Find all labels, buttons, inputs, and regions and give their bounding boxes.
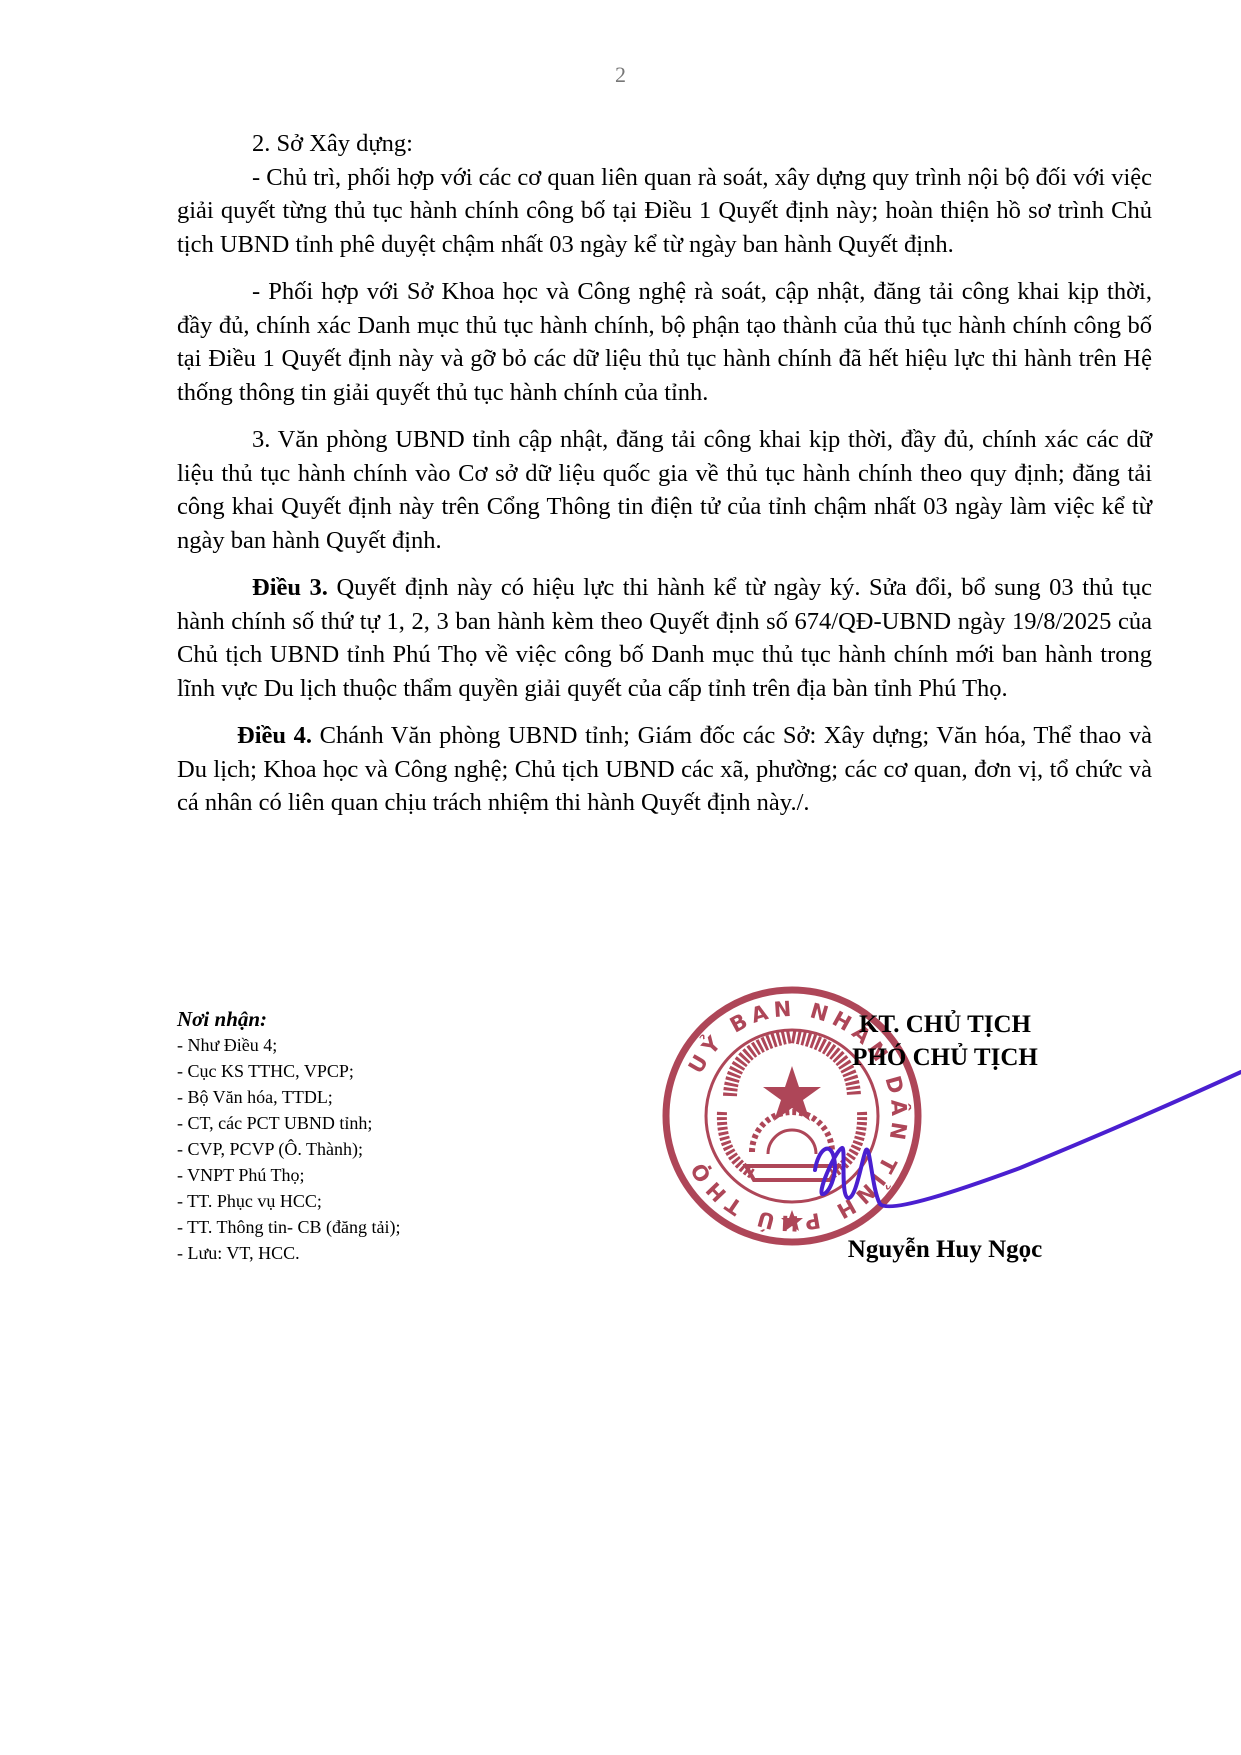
recipient-item: - CVP, PCVP (Ô. Thành); (177, 1136, 607, 1162)
recipients-title: Nơi nhận: (177, 1006, 607, 1032)
recipient-item: - CT, các PCT UBND tỉnh; (177, 1110, 607, 1136)
article-4-label: Điều 4. (237, 722, 312, 749)
article-4-text: Chánh Văn phòng UBND tỉnh; Giám đốc các … (177, 722, 1152, 816)
recipient-item: - TT. Thông tin- CB (đăng tải); (177, 1214, 607, 1240)
recipient-item: - Như Điều 4; (177, 1032, 607, 1058)
recipient-item: - TT. Phục vụ HCC; (177, 1188, 607, 1214)
paragraph-construction-dept-duty-1: - Chủ trì, phối hợp với các cơ quan liên… (177, 161, 1152, 262)
recipient-item: - Lưu: VT, HCC. (177, 1240, 607, 1266)
article-3: Điều 3. Quyết định này có hiệu lực thi h… (177, 571, 1152, 705)
paragraph-construction-dept-duty-2: - Phối hợp với Sở Khoa học và Công nghệ … (177, 275, 1152, 409)
recipient-item: - Cục KS TTHC, VPCP; (177, 1058, 607, 1084)
recipients-block: Nơi nhận: - Như Điều 4; - Cục KS TTHC, V… (177, 1006, 607, 1266)
signer-name: Nguyễn Huy Ngọc (780, 1236, 1110, 1264)
recipient-item: - VNPT Phú Thọ; (177, 1162, 607, 1188)
signature-title-line-1: KT. CHỦ TỊCH (780, 1008, 1110, 1041)
document-body: 2. Sở Xây dựng: - Chủ trì, phối hợp với … (177, 127, 1152, 834)
signature-title: KT. CHỦ TỊCH PHÓ CHỦ TỊCH (780, 1008, 1110, 1074)
recipient-item: - Bộ Văn hóa, TTDL; (177, 1084, 607, 1110)
paragraph-office-duty: 3. Văn phòng UBND tỉnh cập nhật, đăng tả… (177, 423, 1152, 557)
signature-title-line-2: PHÓ CHỦ TỊCH (780, 1041, 1110, 1074)
page-number: 2 (0, 62, 1241, 88)
section-2-heading: 2. Sở Xây dựng: (177, 127, 1152, 161)
article-3-label: Điều 3. (252, 574, 328, 601)
article-4: Điều 4. Chánh Văn phòng UBND tỉnh; Giám … (177, 719, 1152, 820)
